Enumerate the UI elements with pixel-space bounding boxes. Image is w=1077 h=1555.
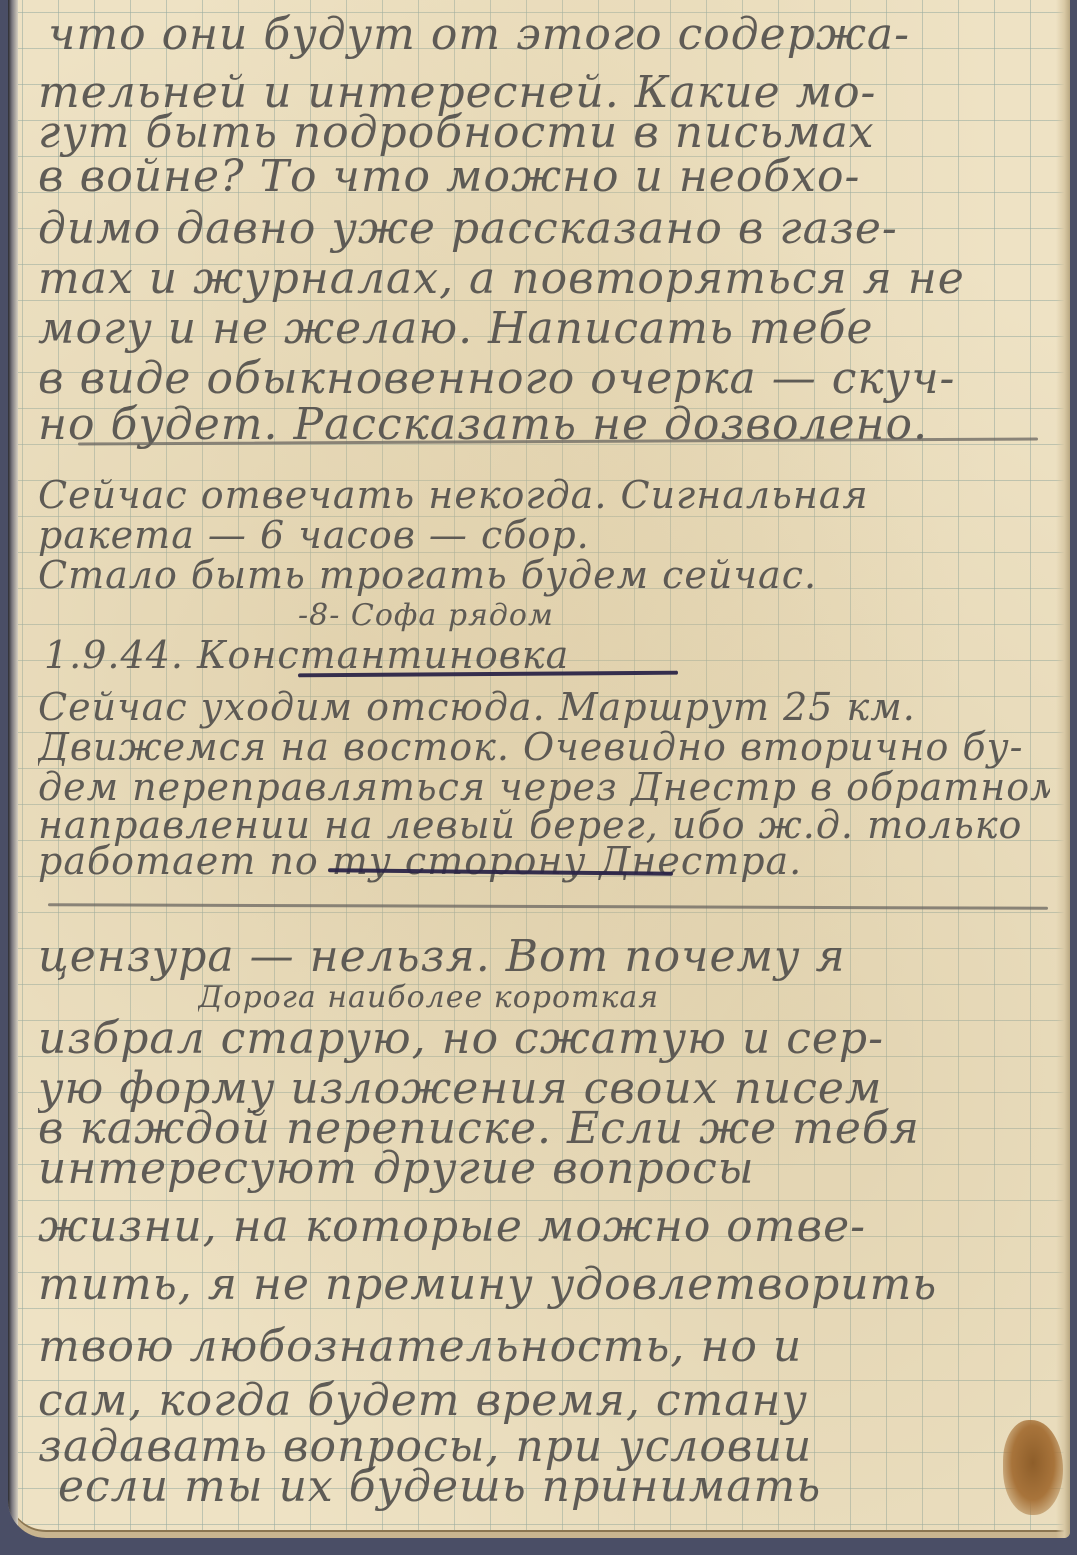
text-line: работает по ту сторону Днестра. <box>38 836 1050 886</box>
notebook-page: что они будут от этого содержа- тельней … <box>8 0 1070 1538</box>
text-line: что они будут от этого содержа- <box>48 6 1050 64</box>
text-line: жизни, на которые можно отве- <box>38 1198 1050 1256</box>
page-binding-edge <box>8 0 18 1538</box>
text-line: тить, я не премину удовлетворить <box>38 1256 1050 1314</box>
entry-place: Константиновка <box>197 633 569 677</box>
page-right-edge <box>1056 0 1070 1538</box>
entry-date: 1.9.44. <box>44 633 184 677</box>
text-line: Стало быть трогать будем сейчас. <box>38 550 1050 600</box>
text-line: твою любознательность, но и <box>38 1318 1050 1376</box>
ink-stain <box>1003 1420 1063 1515</box>
text-line: если ты их будешь принимать <box>58 1458 1050 1516</box>
section-divider <box>48 903 1048 909</box>
text-line: в войне? То что можно и необхо- <box>38 148 1050 206</box>
text-line: интересуют другие вопросы <box>38 1140 1050 1198</box>
text-line: но будет. Рассказать не дозволено. <box>38 396 1050 454</box>
